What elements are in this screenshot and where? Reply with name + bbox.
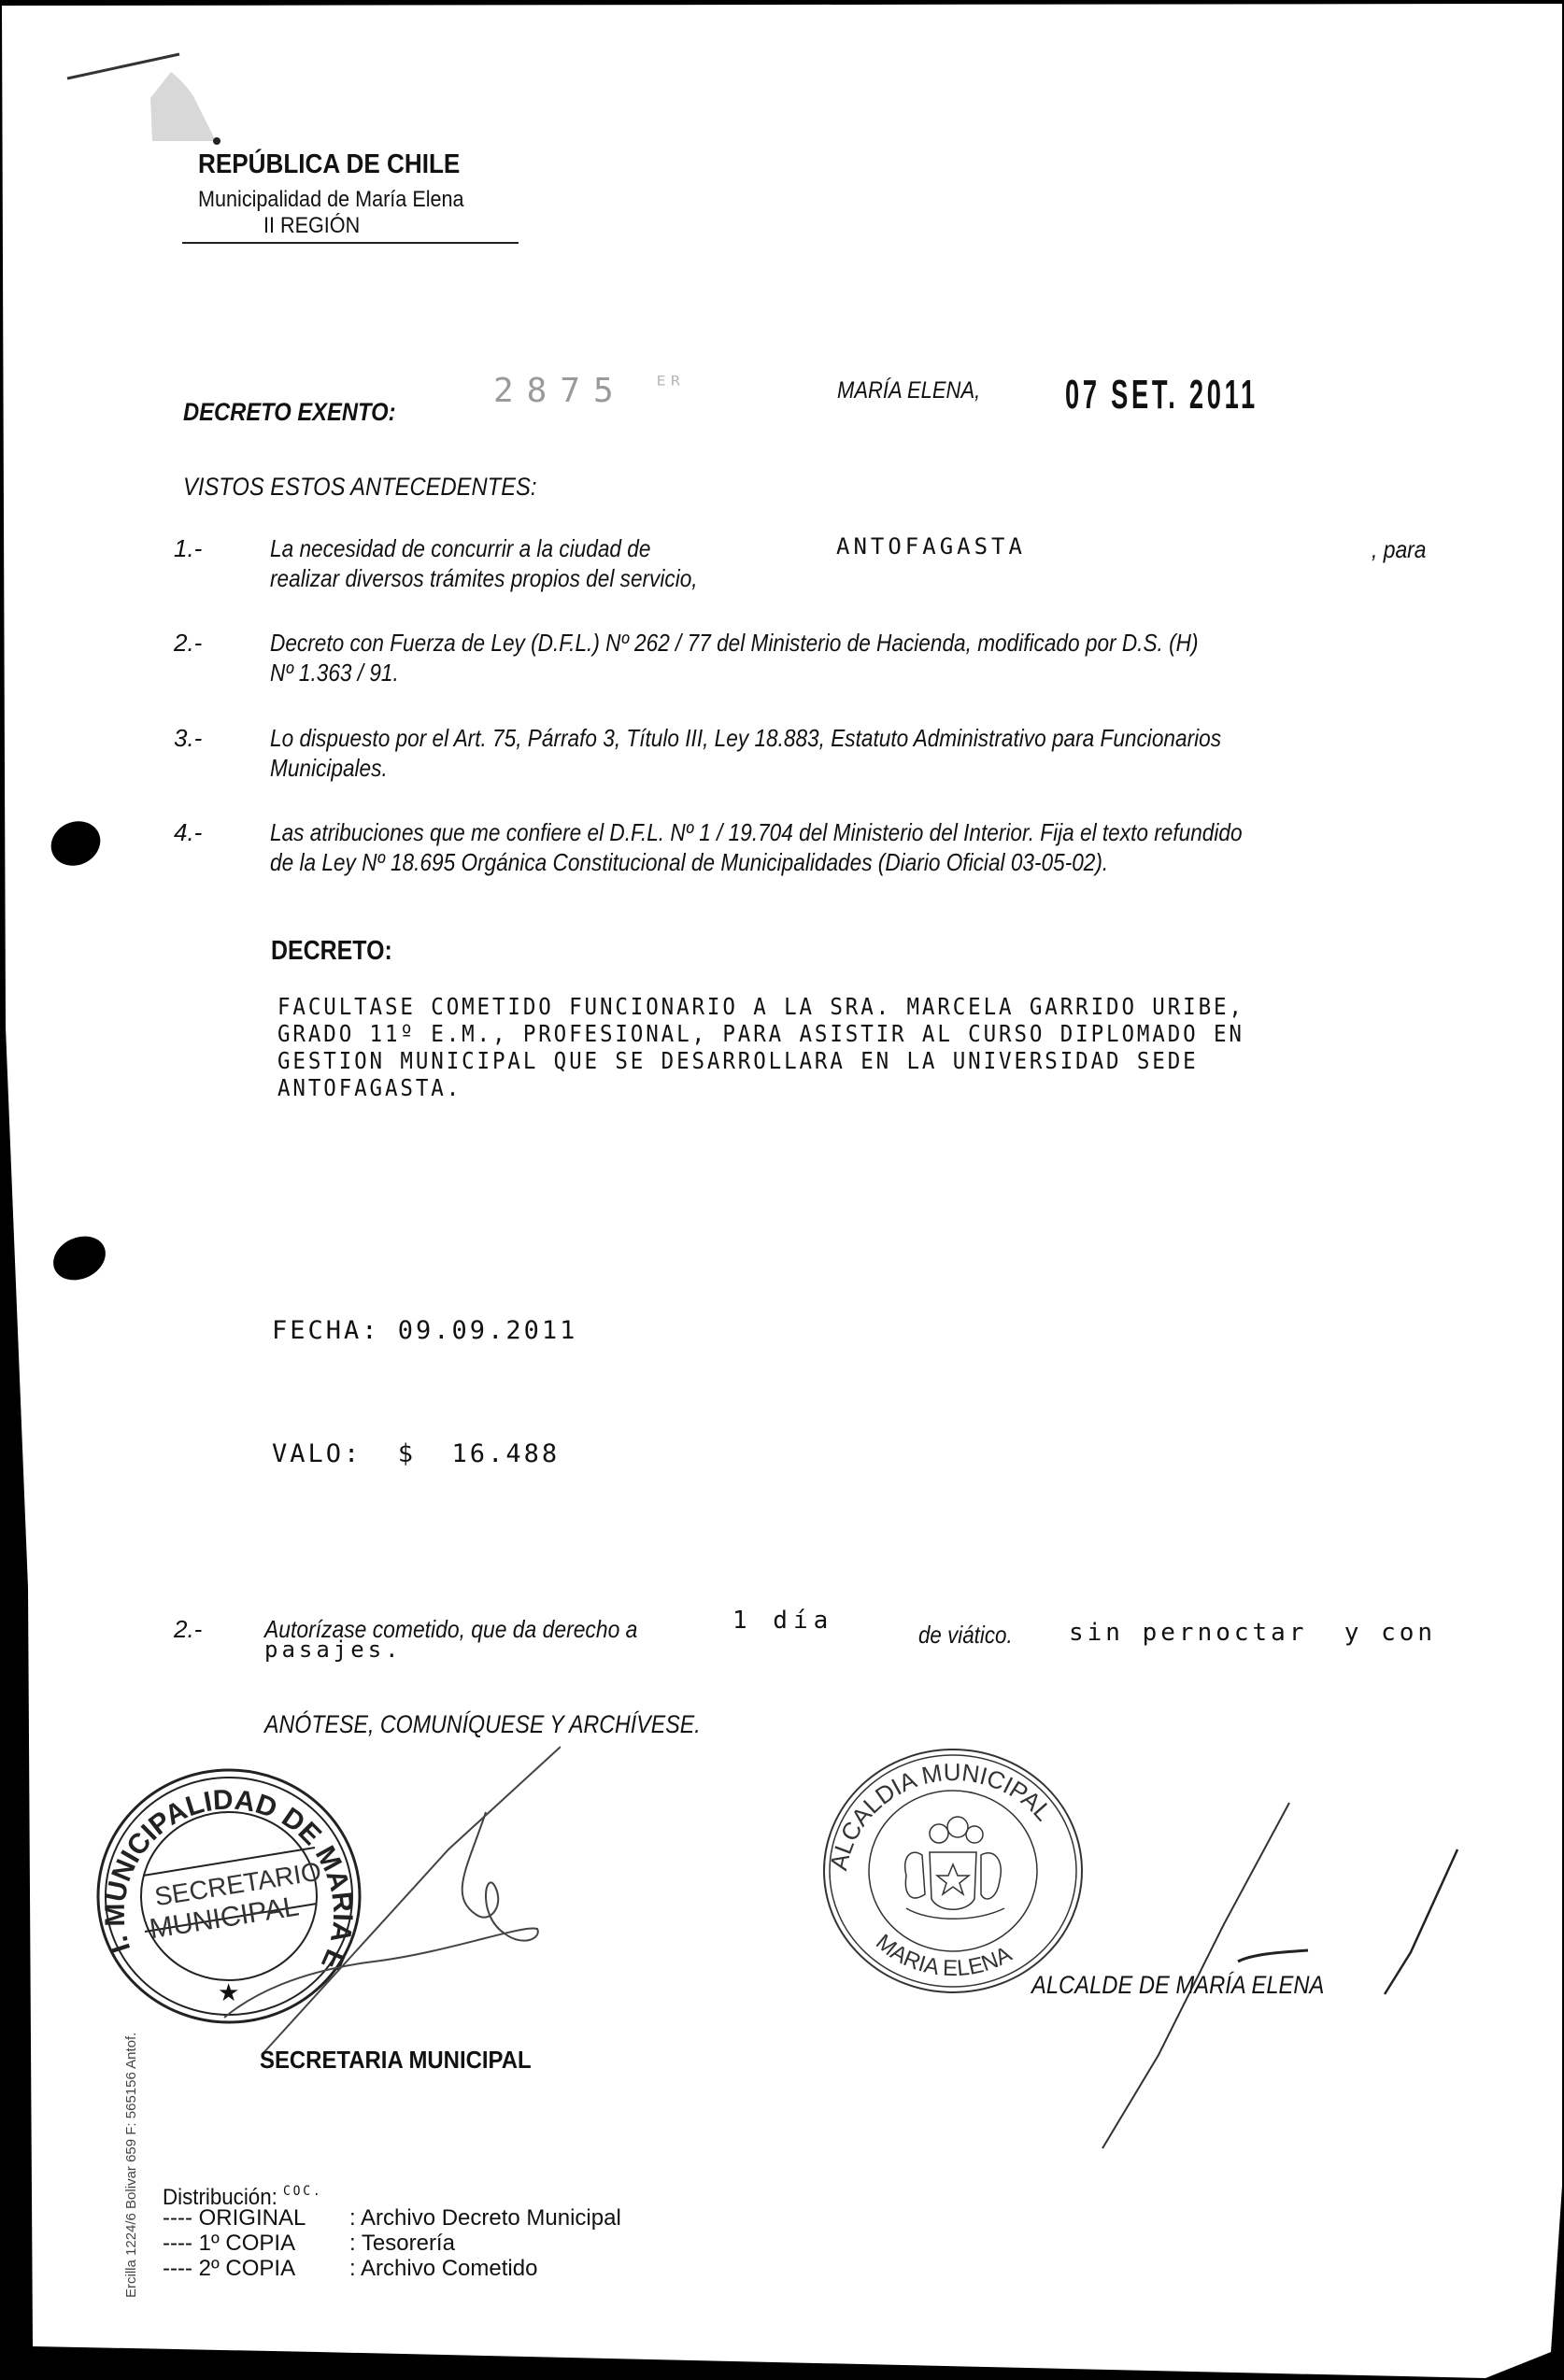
- distribution-title-row: Distribución: COC.: [163, 2179, 323, 2205]
- region-name: II REGIÓN: [263, 213, 360, 239]
- distribution-row: ---- 1º COPIA : Tesorería: [163, 2231, 334, 2256]
- distribution-destination: : Archivo Cometido: [349, 2256, 537, 2281]
- decreto-body-line: GESTION MUNICIPAL QUE SE DESARROLLARA EN…: [277, 1047, 1354, 1074]
- item-number: 4.-: [174, 817, 202, 847]
- chile-logo-icon: [145, 70, 234, 149]
- header-divider: [182, 242, 519, 244]
- decree-date-stamp: 07 SET. 2011: [1065, 372, 1258, 418]
- decree-place: MARÍA ELENA,: [837, 377, 980, 404]
- item-text-end: , para: [1372, 535, 1427, 564]
- distribution-block: Distribución: COC. ---- ORIGINAL : Archi…: [163, 2179, 334, 2281]
- item-text-line2: de la Ley Nº 18.695 Orgánica Constitucio…: [270, 847, 1441, 877]
- decree-type-label: DECRETO EXENTO:: [183, 398, 396, 427]
- item-text-line2: Nº 1.363 / 91.: [270, 658, 1441, 687]
- item-text-line2: realizar diversos trámites propios del s…: [270, 563, 1441, 593]
- decreto-body-line: GRADO 11º E.M., PROFESIONAL, PARA ASISTI…: [277, 1020, 1354, 1047]
- secretaria-label: SECRETARIA MUNICIPAL: [260, 2046, 532, 2075]
- decree-number-stamp: 2875: [493, 372, 627, 410]
- fecha-valor-block: FECHA: 09.09.2011 VALO: $ 16.488: [272, 1228, 577, 1557]
- distribution-copy: ---- ORIGINAL: [163, 2205, 306, 2231]
- valor-line: VALO: $ 16.488: [272, 1434, 577, 1475]
- decreto-body-line: FACULTASE COMETIDO FUNCIONARIO A LA SRA.…: [277, 993, 1354, 1020]
- vistos-item-4: 4.- Las atribuciones que me confiere el …: [174, 817, 1482, 883]
- authorization-pasajes: pasajes.: [264, 1636, 403, 1663]
- distribution-copy: ---- 1º COPIA: [163, 2231, 295, 2256]
- destination-city: ANTOFAGASTA: [836, 533, 1026, 560]
- vistos-item-1: 1.- La necesidad de concurrir a la ciuda…: [174, 533, 1482, 599]
- printer-imprint: Ercilla 1224/6 Bolivar 659 F: 565156 Ant…: [123, 2033, 139, 2298]
- authorization-number: 2.-: [174, 1615, 202, 1644]
- scanned-document-page: REPÚBLICA DE CHILE Municipalidad de Marí…: [0, 0, 1564, 2380]
- punch-hole: [44, 814, 107, 874]
- item-text-line2: Municipales.: [270, 753, 1441, 783]
- decreto-heading: DECRETO:: [271, 936, 392, 967]
- item-text-line1: Lo dispuesto por el Art. 75, Párrafo 3, …: [270, 723, 1441, 753]
- item-text-line1: Decreto con Fuerza de Ley (D.F.L.) Nº 26…: [270, 628, 1441, 658]
- distribution-copy: ---- 2º COPIA: [163, 2256, 295, 2281]
- authorization-viatico: de viático.: [918, 1621, 1013, 1650]
- distribution-destination: : Tesorería: [349, 2231, 455, 2256]
- municipality-name: Municipalidad de María Elena: [198, 187, 464, 213]
- country-title: REPÚBLICA DE CHILE: [198, 149, 460, 180]
- decreto-body-line: ANTOFAGASTA.: [277, 1074, 1354, 1101]
- vistos-item-2: 2.- Decreto con Fuerza de Ley (D.F.L.) N…: [174, 628, 1482, 693]
- authorization-conditions: sin pernoctar y con: [1069, 1619, 1436, 1647]
- secretaria-signature: [168, 1737, 561, 2064]
- distribution-row: ---- 2º COPIA : Archivo Cometido: [163, 2256, 334, 2281]
- item-number: 2.-: [174, 628, 202, 658]
- authorization-days: 1 día: [732, 1607, 833, 1635]
- vistos-heading: VISTOS ESTOS ANTECEDENTES:: [183, 473, 536, 502]
- item-number: 1.-: [174, 533, 202, 563]
- distribution-initials: COC.: [283, 2184, 323, 2199]
- distribution-destination: : Archivo Decreto Municipal: [349, 2205, 621, 2231]
- decree-number-suffix: ᴱᴿ: [654, 372, 683, 400]
- distribution-row: ---- ORIGINAL : Archivo Decreto Municipa…: [163, 2205, 334, 2231]
- fecha-line: FECHA: 09.09.2011: [272, 1310, 577, 1352]
- decreto-body: FACULTASE COMETIDO FUNCIONARIO A LA SRA.…: [277, 993, 1354, 1101]
- punch-hole: [46, 1228, 112, 1288]
- closing-formula: ANÓTESE, COMUNÍQUESE Y ARCHÍVESE.: [264, 1710, 701, 1739]
- item-text-line1: Las atribuciones que me confiere el D.F.…: [270, 817, 1441, 847]
- alcalde-label: ALCALDE DE MARÍA ELENA: [1031, 1971, 1324, 2000]
- item-number: 3.-: [174, 723, 202, 753]
- vistos-item-3: 3.- Lo dispuesto por el Art. 75, Párrafo…: [174, 723, 1482, 788]
